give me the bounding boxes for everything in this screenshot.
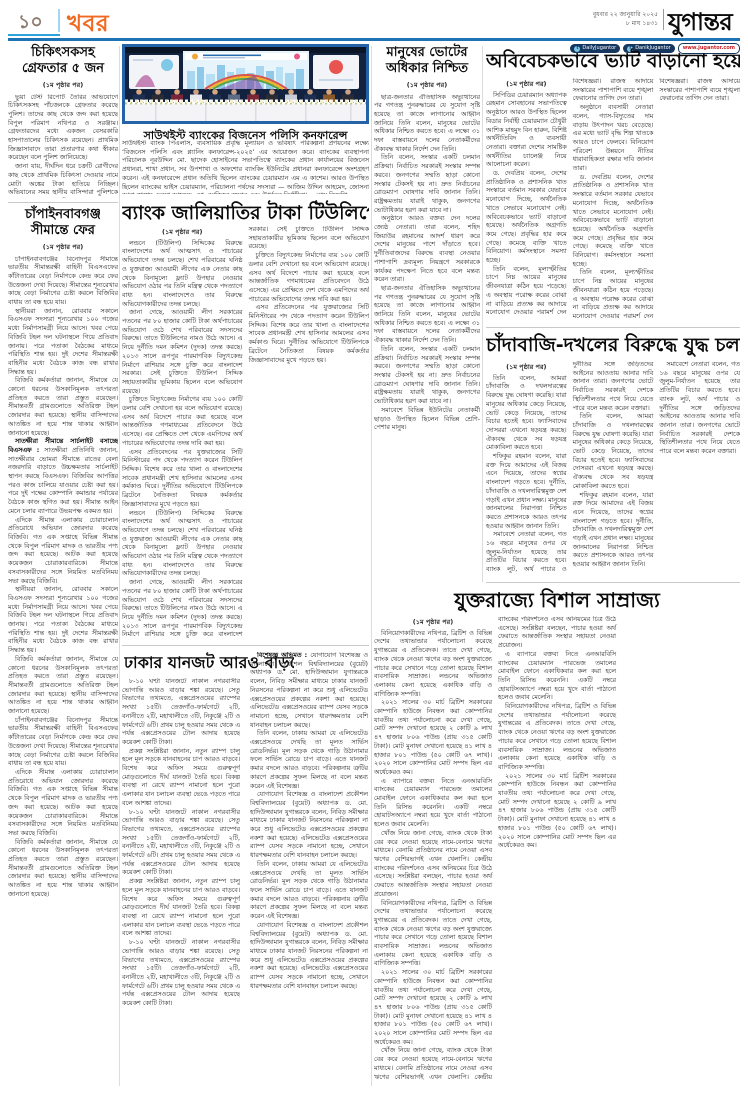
body-paragraph: চুক্তিতে বিদ্যুৎকেন্দ্র নির্মাণের ব্যয় … [249, 252, 370, 304]
body-paragraph: সিপিডির চেয়ারম্যান অধ্যাপক রেহমান সোবহা… [486, 92, 567, 170]
article-separator [8, 202, 118, 203]
continued-note: (১ম পৃষ্ঠার পর) [122, 228, 243, 237]
body-paragraph: সাতক্ষীরা সীমান্তে সার্চলাইট বসাচ্ছে বিএ… [8, 438, 118, 516]
article-traffic-col1: ৮-১০ ঘণ্টা যানজটে নাকাল নগরবাসীর ভোগান্ত… [122, 678, 240, 1086]
body-paragraph: জানা গেছে, আওয়ামী লীগ সরকারের পতনের পর … [122, 309, 243, 396]
body-paragraph: ছাত্র-জনতার ঐতিহাসিক অভ্যুত্থানের পর গণত… [374, 94, 480, 155]
body-paragraph: তিনি বলেন, ঢাকায় আমরা যে এলিভেটেড এক্সপ… [250, 730, 368, 791]
column-rule [119, 46, 120, 1086]
article-separator [486, 582, 740, 583]
article-extortion-body: (১ম পৃষ্ঠার পর) তিনি বলেন, আমরা চাঁদাবাজ… [486, 361, 740, 579]
article-empire-headline: যুক্তরাজ্যে বিশাল সাম্রাজ্য [374, 586, 740, 619]
body-paragraph: ২০২১ সালের ৩০ মার্চ ব্রিটিশ সরকারের কোম্… [374, 969, 492, 1047]
body-paragraph: বিনিয়োগকারীদের নথিপত্র, ব্রিটিশ ও বিভিন… [498, 703, 616, 773]
photo-caption-text: সাউথইস্ট ব্যাংক পিএলসি, ব্যবসায়িক প্রবৃ… [122, 140, 369, 194]
article-vote: মানুষের ভোটের অধিকার নিশ্চিত (১ম পৃষ্ঠার… [374, 45, 480, 586]
body-paragraph: প্রকল্প সংশ্লিষ্টরা জানান, নতুন র‍্যাম্প… [122, 748, 240, 809]
body-paragraph: স্থানীয়রা জানান, রোববার সকালে বিএসএফ সদ… [8, 586, 118, 656]
body-paragraph: চাঁপাইনবাবগঞ্জের বিনোদপুর সীমান্তে ভারতী… [8, 717, 118, 769]
body-paragraph: সমাবেশে বিভিন্ন ইউনিটের নেতাকর্মী ছাড়াও… [374, 407, 480, 433]
newspaper-page: ১০ খবর বুধবার ২২ জানুয়ারি ২০২৫ ৮ মাঘ ১৪… [0, 0, 748, 1094]
body-paragraph: বিশেষজ্ঞ অভিমত : যোগাযোগ বিশেষজ্ঞ ও বাংল… [250, 652, 368, 730]
article-doctor-body: ভুয়া টেস্ট রিপোর্ট তৈরির অভিযোগে চিকিৎস… [8, 94, 118, 198]
article-extortion-headline: চাঁদাবাজি-দখলের বিরুদ্ধে যুদ্ধ চলবে [486, 331, 740, 363]
body-paragraph: এ ব্যাপারে বক্তব্য নিতে এনআরবিসি ব্যাংকে… [374, 778, 492, 830]
masthead-logo: যুগান্তর [668, 4, 732, 44]
article-separator [122, 645, 369, 646]
body-paragraph: অনুষ্ঠানে আরও বক্তব্য দেন দলের জ্যেষ্ঠ ন… [374, 215, 480, 285]
article-empire-body: (১ম পৃষ্ঠার পর) বিনিয়োগকারীদের নথিপত্র,… [374, 616, 740, 1086]
article-border-body: চাঁপাইনবাবগঞ্জের বিনোদপুর সীমান্তে ভারতী… [8, 256, 118, 1082]
body-paragraph: খোঁজ নিয়ে জানা গেছে, ব্যাংক থেকে টাকা ব… [374, 830, 492, 900]
body-paragraph: সমাবেশে নেতারা বলেন, গত ১৬ বছরে মানুষের … [659, 361, 740, 457]
article-tulip-body: (১ম পৃষ্ঠার পর) লন্ডনে (টিউলিপ) সিদ্দিকে… [122, 226, 369, 642]
date-gregorian: বুধবার ২২ জানুয়ারি ২০২৫ [560, 10, 658, 19]
body-paragraph: ছাত্র-জনতার ঐতিহাসিক অভ্যুত্থানের পর গণত… [374, 285, 480, 346]
body-paragraph: লন্ডনে (টিউলিপ) সিদ্দিকের বিরুদ্ধে বাংলা… [122, 510, 243, 580]
body-paragraph: তিনি বলেন, আমরা চাঁদাবাজি ও দখলদারত্বের … [573, 413, 654, 491]
body-paragraph: বিজিবি কর্মকর্তারা জানান, সীমান্তে যে কো… [8, 377, 118, 438]
continued-note: (১ম পৃষ্ঠার পর) [8, 242, 118, 253]
article-vote-headline: মানুষের ভোটের অধিকার নিশ্চিত [374, 45, 480, 78]
masthead-date: বুধবার ২২ জানুয়ারি ২০২৫ ৮ মাঘ ১৪৩১ [560, 10, 658, 28]
article-vote-body: ছাত্র-জনতার ঐতিহাসিক অভ্যুত্থানের পর গণত… [374, 94, 480, 586]
article-traffic-col2: বিশেষজ্ঞ অভিমত : যোগাযোগ বিশেষজ্ঞ ও বাংল… [250, 652, 368, 1086]
article-separator [486, 327, 740, 328]
body-paragraph: তিনি বলেন, ঢাকায় আমরা যে এলিভেটেড এক্সপ… [250, 861, 368, 922]
body-paragraph: ড. দেবপ্রিয় বলেন, দেশের প্রাতিষ্ঠানিক ও… [573, 174, 654, 270]
body-paragraph: এ ব্যাপারে বক্তব্য নিতে এনআরবিসি ব্যাংকে… [498, 651, 616, 703]
body-paragraph: ৮-১০ ঘণ্টা যানজটে নাকাল নগরবাসীর ভোগান্ত… [122, 939, 240, 1009]
continued-note: (১ম পৃষ্ঠার পর) [374, 618, 492, 627]
body-paragraph: শফিকুর রহমান বলেন, যারা রক্ত দিয়ে আমাদে… [573, 492, 654, 570]
body-paragraph: এদিকে সীমান্ত এলাকায় চোরাচালান প্রতিরোধ… [8, 769, 118, 839]
body-paragraph: ৮-১০ ঘণ্টা যানজটে নাকাল নগরবাসীর ভোগান্ত… [122, 809, 240, 879]
article-doctor-arrest: চিকিৎসকসহ গ্রেফতার ৫ জন (১ম পৃষ্ঠার পর) … [8, 45, 118, 198]
column-rule [371, 46, 372, 1086]
header-divider [58, 9, 60, 32]
body-paragraph: বিনিয়োগকারীদের নথিপত্র, ব্রিটিশ ও বিভিন… [374, 630, 492, 700]
body-paragraph: এসব প্রতিবেদনের পর যুক্তরাজ্যের সিটি মিন… [249, 304, 370, 365]
body-paragraph: বিজিবি কর্মকর্তারা জানান, সীমান্তে যে কো… [8, 656, 118, 717]
body-paragraph: সাউথইস্ট ব্যাংক পিএলসি, ব্যবসায়িক প্রবৃ… [122, 140, 369, 194]
column-rule [482, 46, 483, 582]
continued-note: (১ম পৃষ্ঠার পর) [486, 80, 567, 89]
inline-subhead: বিশেষজ্ঞ অভিমত : [257, 652, 307, 659]
article-border: চাঁপাইনবাবগঞ্জ সীমান্তে ফের (১ম পৃষ্ঠার … [8, 207, 118, 1082]
body-paragraph: স্থানীয়রা জানান, রোববার সকালে বিএসএফ সদ… [8, 308, 118, 378]
body-paragraph: ভুয়া টেস্ট রিপোর্ট তৈরির অভিযোগে চিকিৎস… [8, 94, 118, 164]
article-doctor-headline: চিকিৎসকসহ গ্রেফতার ৫ জন [8, 45, 118, 78]
article-vat-headline: অবিবেচকভাবে ভ্যাট বাড়ানো হয়েছে [486, 47, 740, 79]
continued-note: (১ম পৃষ্ঠার পর) [8, 80, 118, 91]
body-paragraph: চুক্তিতে বিদ্যুৎকেন্দ্র নির্মাণের ব্যয় … [122, 396, 243, 448]
body-paragraph: ২০২১ সালের ৩০ মার্চ ব্রিটিশ সরকারের কোম্… [498, 773, 616, 851]
body-paragraph: ৮-১০ ঘণ্টা যানজটে নাকাল নগরবাসীর ভোগান্ত… [122, 678, 240, 748]
body-paragraph: যোগাযোগ বিশেষজ্ঞ ও বাংলাদেশ প্রকৌশল বিশ্… [250, 791, 368, 861]
header-rule-light [8, 34, 60, 36]
body-paragraph: লন্ডনে (টিউলিপ) সিদ্দিকের বিরুদ্ধে বাংলা… [122, 240, 243, 310]
body-paragraph: ড. দেবপ্রিয় বলেন, দেশের প্রাতিষ্ঠানিক ও… [486, 170, 567, 266]
conference-photo [122, 44, 369, 124]
body-paragraph: এদিকে সীমান্ত এলাকায় চোরাচালান প্রতিরোধ… [8, 517, 118, 587]
body-paragraph: অনুষ্ঠানে ব্যবসায়ী নেতারা বলেন, গ্যাস-ব… [573, 104, 654, 174]
body-paragraph: এসব প্রতিবেদনের পর যুক্তরাজ্যের সিটি মিন… [122, 449, 243, 510]
masthead-divider [663, 9, 664, 30]
body-paragraph: তিনি বলেন, আমরা চাঁদাবাজি ও দখলদারত্বের … [486, 375, 567, 453]
body-paragraph: যোগাযোগ বিশেষজ্ঞ ও বাংলাদেশ প্রকৌশল বিশ্… [250, 922, 368, 992]
body-paragraph: শফিকুর রহমান বলেন, যারা রক্ত দিয়ে আমাদে… [486, 453, 567, 531]
body-paragraph: তিনি বলেন, সংস্কার একটি চলমান প্রক্রিয়া… [374, 346, 480, 407]
article-vat-body: (১ম পৃষ্ঠার পর) সিপিডির চেয়ারম্যান অধ্য… [486, 78, 740, 324]
continued-note: (১ম পৃষ্ঠার পর) [486, 363, 567, 372]
body-paragraph: বিজিবি কর্মকর্তারা জানান, সীমান্তে যে কো… [8, 839, 118, 900]
body-paragraph: ২০২১ সালের ৩০ মার্চ ব্রিটিশ সরকারের কোম্… [374, 699, 492, 777]
body-paragraph: তিনি বলেন, সংস্কার একটি চলমান প্রক্রিয়া… [374, 154, 480, 215]
body-paragraph: জানা যায়, দীর্ঘদিন ধরে চক্রটি রোগীদের ক… [8, 163, 118, 197]
header-rule-main [8, 38, 740, 41]
date-bengali: ৮ মাঘ ১৪৩১ [560, 19, 658, 28]
body-paragraph: বিনিয়োগকারীদের নথিপত্র, ব্রিটিশ ও বিভিন… [374, 900, 492, 970]
body-paragraph: প্রকল্প সংশ্লিষ্টরা জানান, নতুন র‍্যাম্প… [122, 878, 240, 939]
body-paragraph: চাঁপাইনবাবগঞ্জের বিনোদপুর সীমান্তে ভারতী… [8, 256, 118, 308]
conference-photo-graphic [125, 47, 366, 121]
continued-note: (১ম পৃষ্ঠার পর) [374, 80, 480, 91]
article-border-headline: চাঁপাইনবাবগঞ্জ সীমান্তে ফের [8, 207, 118, 240]
